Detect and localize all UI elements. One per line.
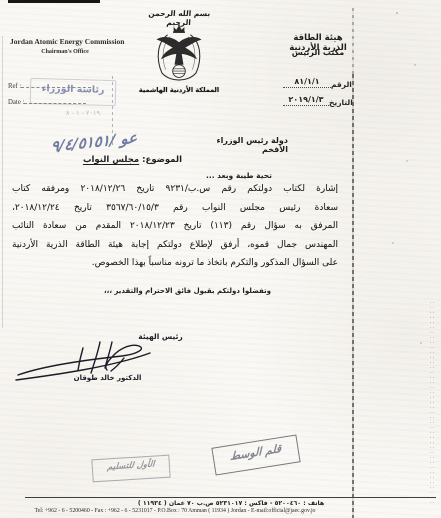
ref-label: Ref :: [8, 83, 21, 90]
registry-stamp-left-text: الأول للتسليم: [93, 459, 170, 474]
jordan-coat-of-arms-icon: [152, 23, 206, 85]
subject-line: الموضوع: مجلس النواب: [60, 155, 182, 165]
office-name-arabic: مكتب الرئيس: [280, 48, 356, 57]
body-line: سعادة رئيس مجلس النواب رقم ٣٥٦٧/٦٠/١٥/٣ …: [12, 202, 338, 221]
scanned-letter-page: Jordan Atomic Energy Commission Chairman…: [0, 0, 441, 518]
salutation-line: تحية طيبة وبعد ...: [172, 171, 272, 180]
body-line: المرفق به سؤال رقم (١١٣) تاريخ ٢٠١٨/١٢/٢…: [12, 220, 338, 239]
signer-name: الدكتور خالد طوقان: [55, 374, 160, 382]
subject-value: مجلس النواب: [83, 155, 139, 165]
closing-line: وتفضلوا دولتكم بقبول فائق الاحترام والتق…: [95, 287, 280, 295]
footer-divider: [25, 497, 436, 498]
addressee-line: دولة رئيس الوزراء الأفخم: [188, 136, 288, 154]
pm-stamp-date: ٢٠١٩ - ١ - ٨: [48, 109, 118, 117]
org-name-english: Jordan Atomic Energy Commission: [10, 37, 130, 46]
body-line: المهندس جمال قموه، أرفق لإطلاع دولتكم إج…: [12, 239, 338, 258]
date-value: ٢٠١٩/١/٣: [283, 95, 329, 106]
handwritten-reference-number: عو /٩/٤/٥١٥١: [28, 126, 160, 158]
scan-speckles: [396, 12, 398, 14]
kingdom-calligraphy: المملكة الأردنية الهاشمية: [134, 86, 224, 94]
office-name-english: Chairman's Office: [30, 49, 100, 55]
scan-top-line: [8, 0, 100, 3]
date-label: Date :: [8, 99, 24, 106]
body-line: على السؤال المذكور والتكرم باتخاذ ما ترو…: [12, 257, 338, 276]
number-value: ٨١/١/١: [283, 77, 331, 88]
scan-left-edge: [2, 36, 3, 328]
scan-fold-line: [352, 74, 354, 518]
footer-contact-english: Tel: +962 - 6 - 5200460 - Fax : +962 - 6…: [25, 508, 325, 514]
registry-stamp-left: الأول للتسليم: [91, 455, 170, 483]
pm-stamp-text: رئاسة الوزراء: [31, 83, 115, 96]
registry-stamp-right: قلم الوسط: [211, 434, 300, 475]
scan-noise-column: [429, 300, 436, 505]
footer-contact-arabic: هاتف : ٥٢٠٠٤٦٠ - فاكس : ٥٢٣١٠١٧ ص.ب ٧٠ ع…: [121, 500, 341, 507]
body-line: إشارة لكتاب دولتكم رقم س.ب/٩٢٣١ تاريخ ٢٠…: [12, 183, 338, 202]
letter-body: إشارة لكتاب دولتكم رقم س.ب/٩٢٣١ تاريخ ٢٠…: [12, 183, 338, 276]
registry-stamp-right-text: قلم الوسط: [214, 439, 297, 465]
subject-label: الموضوع:: [142, 155, 182, 165]
date-label-arabic: التاريخ: [329, 98, 354, 107]
pm-office-received-stamp: رئاسة الوزراء: [30, 78, 117, 106]
number-label-arabic: الرقم: [331, 80, 353, 89]
